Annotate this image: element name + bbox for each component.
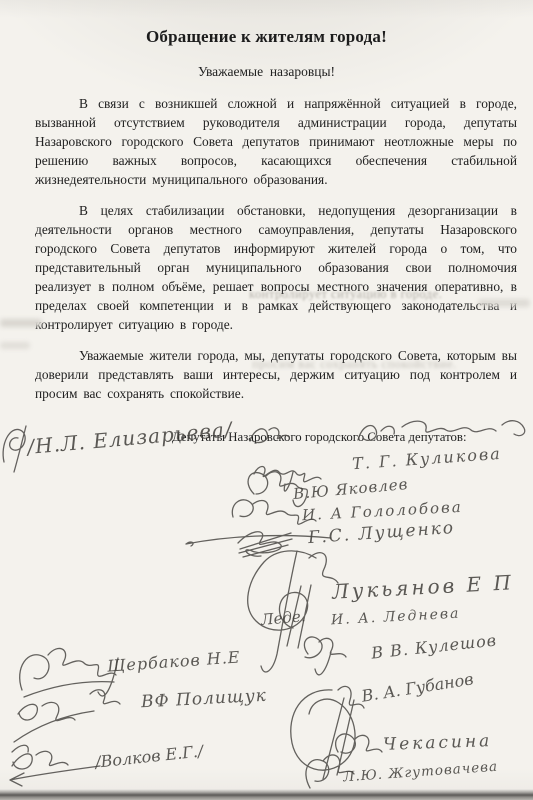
- left-mid-scribble-icon: [12, 690, 120, 752]
- volkov-flourish-icon: [10, 751, 100, 786]
- scanned-letter-page: Обращение к жителям города! Уважаемые на…: [0, 0, 533, 800]
- elizaryeva-flourish-icon: [3, 426, 26, 472]
- kulikova-mid-scribble-icon: [250, 428, 289, 443]
- kuleshov-flourish-icon: [304, 637, 346, 675]
- signature-chekasina: Чекасина: [383, 731, 493, 755]
- kulikova-top-flourish-icon: [358, 421, 525, 441]
- scan-bottom-edge: [0, 789, 533, 800]
- signatures-block: /Н.Л. Елизарьева/ Т. Г. Куликова В.Ю Яко…: [0, 0, 533, 800]
- scherbakov-flourish-icon: [20, 648, 118, 697]
- signature-ledneva-prefix: Леде.: [260, 607, 306, 629]
